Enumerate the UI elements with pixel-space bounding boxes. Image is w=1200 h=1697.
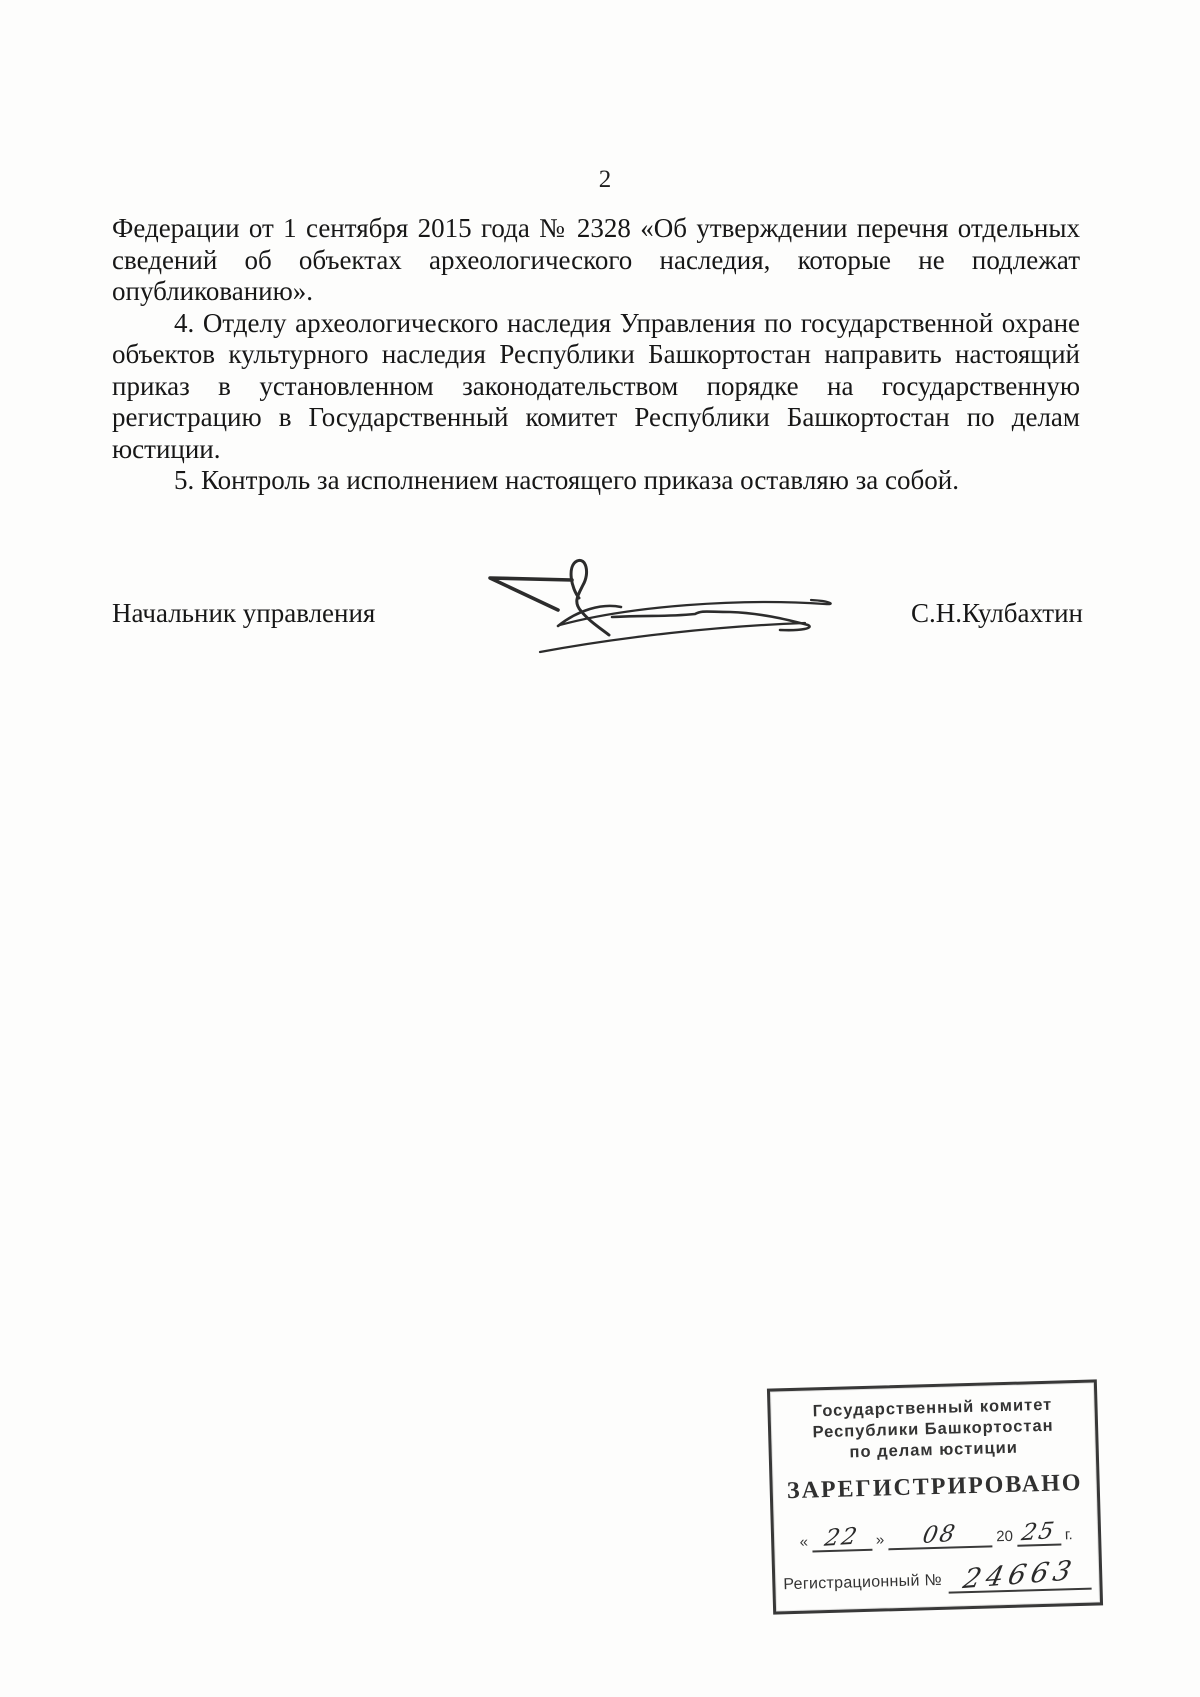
signer-position-label: Начальник управления [112,598,375,629]
stamp-day-underline: 22 [812,1525,873,1553]
stamp-organization: Государственный комитет Республики Башко… [770,1394,1096,1466]
body-line: 5. Контроль за исполнением настоящего пр… [112,465,1080,497]
body-line: объектов культурного наследия Республики… [112,339,1080,371]
stamp-date-month: 08 [921,1522,959,1548]
stamp-open-quote: « [799,1534,808,1553]
stamp-close-quote: » [876,1531,885,1550]
stamp-date-row: « 22 » 08 20 25 г. [774,1512,1099,1553]
stamp-reg-number-underline: 24663 [947,1560,1091,1594]
body-line: регистрацию в Государственный комитет Ре… [112,402,1080,434]
scanned-document-page: 2 Федерации от 1 сентября 2015 года № 23… [0,0,1200,1697]
stamp-registration-row: Регистрационный № 24663 [775,1553,1100,1598]
stamp-registered-label: ЗАРЕГИСТРИРОВАНО [772,1469,1097,1505]
stamp-date-day: 22 [823,1525,861,1551]
stamp-year-suffix: г. [1065,1526,1073,1545]
page-number: 2 [0,166,1200,194]
body-line: приказ в установленном законодательством… [112,371,1080,403]
document-body: Федерации от 1 сентября 2015 года № 2328… [112,213,1080,497]
stamp-reg-number-label: Регистрационный № [783,1572,942,1598]
handwritten-signature-icon [440,518,860,668]
body-line: Федерации от 1 сентября 2015 года № 2328… [112,213,1080,245]
body-line: 4. Отделу археологического наследия Упра… [112,308,1080,340]
body-line: сведений об объектах археологического на… [112,245,1080,277]
registration-stamp: Государственный комитет Республики Башко… [767,1379,1103,1614]
body-line: опубликованию». [112,276,1080,308]
body-line: юстиции. [112,434,1080,466]
stamp-year-underline: 25 [1016,1520,1061,1547]
stamp-year-prefix: 20 [996,1528,1013,1547]
stamp-reg-number: 24663 [961,1557,1079,1594]
stamp-month-underline: 08 [888,1521,993,1550]
stamp-date-year: 25 [1020,1519,1058,1545]
signer-name: С.Н.Кулбахтин [911,598,1083,629]
